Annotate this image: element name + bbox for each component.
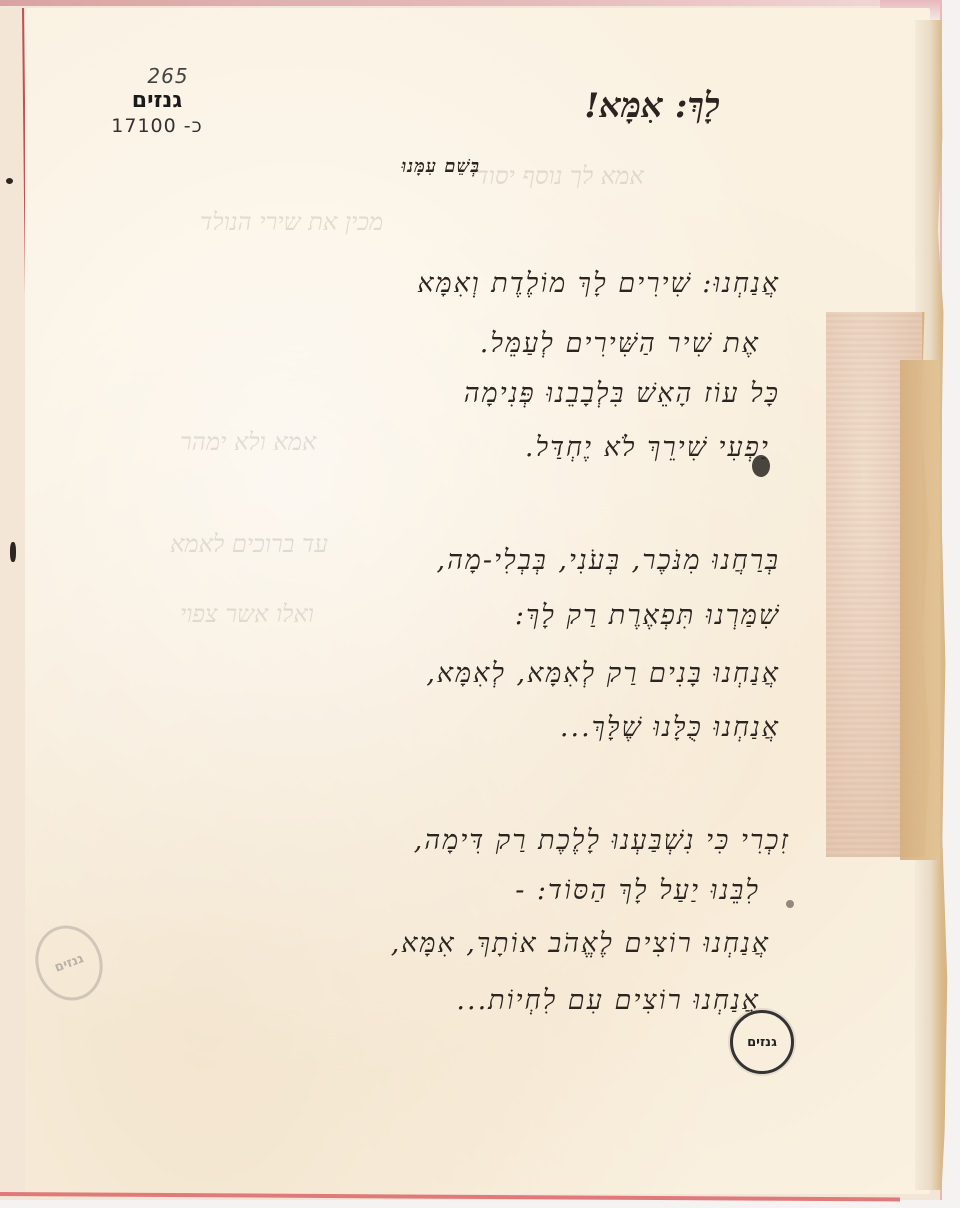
bleed-through-line: אמא ולא ימהר <box>180 428 316 457</box>
folder-red-edge-top <box>0 0 935 6</box>
poem-line: לִבֵּנוּ יַעַל לָךְ הַסּוֹד: - <box>515 875 760 906</box>
poem-line: כָּל עוֹז הָאֵשׁ בִּלְבָבֵנוּ פְּנִימָה <box>464 378 780 409</box>
stray-ink-dot <box>786 900 794 908</box>
poem-title: לָךְ: אִמָּא! <box>470 86 720 126</box>
poem-line: אֲנַחְנוּ כֻּלָּנוּ שֶׁלָּךְ... <box>560 712 780 743</box>
bleed-through-line: ואלו אשר צפוי <box>180 600 314 629</box>
margin-ink-mark <box>6 178 13 184</box>
collection-label: גנזים <box>92 88 222 113</box>
poem-line: בְּרַחֲנוּ מִנֹּכֶר, בְּעֹנִי, בְּבְלִי-… <box>436 545 780 576</box>
poem-line: שִׁמַּרְנוּ תִּפְאֶרֶת רַק לָךְ: <box>515 600 780 631</box>
catalog-code: כ- 17100 <box>92 115 222 137</box>
page-number: 265 <box>114 64 222 88</box>
bleed-through-line: מכין את שירי הנולד <box>200 208 383 237</box>
poem-line: יַפְעִי שִׁירֵךְ לֹא יֶחְדַּל. <box>525 432 770 463</box>
bleed-through-line: אמא לך נוסף יסודי <box>470 162 644 191</box>
poem-line: אֶת שִׁיר הַשִּׁירִים לְעַמֵּל. <box>480 328 760 359</box>
poem-line: אֲנַחְנוּ רוֹצִים לֶאֱהֹב אוֹתָךְ, אִמָּ… <box>391 928 770 959</box>
archive-stamp: גנזים <box>730 1010 794 1074</box>
bleed-through-line: עד ברוכים לאמא <box>170 530 328 559</box>
ink-blot <box>752 455 770 477</box>
repair-tape-strip-secondary <box>900 360 940 860</box>
poem-line: אֲנַחְנוּ בָּנִים רַק לְאִמָּא, לְאִמָּא… <box>426 658 780 689</box>
poem-line: אֲנַחְנוּ רוֹצִים עִם לִחְיוֹת... <box>456 985 760 1016</box>
margin-ink-mark <box>10 542 16 562</box>
poem-line: אֲנַחְנוּ: שִׁירִים לָךְ מוֹלֶדֶת וְאִמָ… <box>417 268 780 299</box>
poem-line: זִכְרִי כִּי נִשְׁבַּעְנוּ לָלֶכֶת רַק ד… <box>414 825 790 856</box>
archive-marks: 265 גנזים כ- 17100 <box>92 64 222 137</box>
poem-subtitle: בְּשֵׁם עִמָּנוּ <box>300 156 480 177</box>
